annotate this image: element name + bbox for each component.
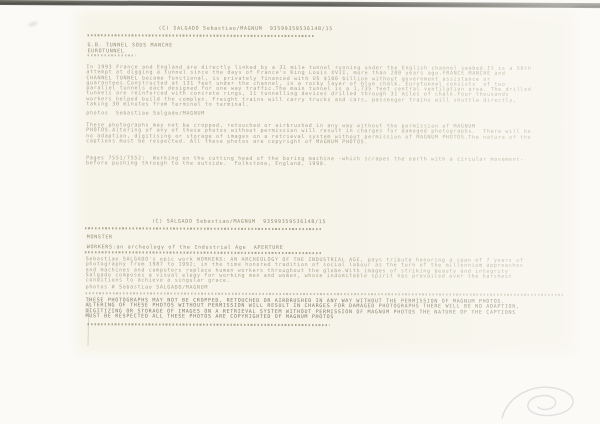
typed-divider: [86, 292, 564, 296]
scanned-document-page: (C) SALGADO Sebastiao/MAGNUM 93599359536…: [0, 0, 600, 424]
section2-copyright-notice-caps: THESE PHOTOGRAPHS MAY NOT BE CROPPED, RE…: [86, 298, 520, 321]
section2-label: MONSTER: [87, 235, 113, 240]
section2-body-paragraph: Sebastiao SALGADO's epic work WORKERS: A…: [86, 257, 524, 285]
typed-divider: [85, 227, 322, 230]
section2-agency-header: (C) SALGADO Sebastiao/MAGNUM 93599359536…: [152, 219, 326, 225]
pen-scribble-icon: [498, 380, 582, 424]
typed-divider: [85, 251, 322, 254]
section2-photo-credit: photos # Sebastiao SALGADO/MAGNUM: [86, 285, 208, 291]
typed-divider: [87, 323, 329, 326]
section1-copyright-notice: These photographs may not be cropped, re…: [86, 123, 531, 146]
section2-title: WORKERS:an archeology of the Industrial …: [87, 245, 284, 251]
section1-body-paragraph: In 1993 France and England are directly …: [86, 65, 531, 109]
typed-content: (C) SALGADO Sebastiao/MAGNUM 93599359536…: [0, 0, 600, 424]
typed-divider: [87, 54, 135, 56]
section1-caption-pages: Pages 7551/7552: Working on the cutting …: [86, 156, 524, 168]
typed-divider: [88, 34, 314, 37]
section1-agency-header: (C) SALGADO Sebastiao/MAGNUM 93599359536…: [159, 27, 333, 33]
section1-photo-credit: photos Sebastiao Salgado/MAGNUM: [86, 111, 205, 117]
